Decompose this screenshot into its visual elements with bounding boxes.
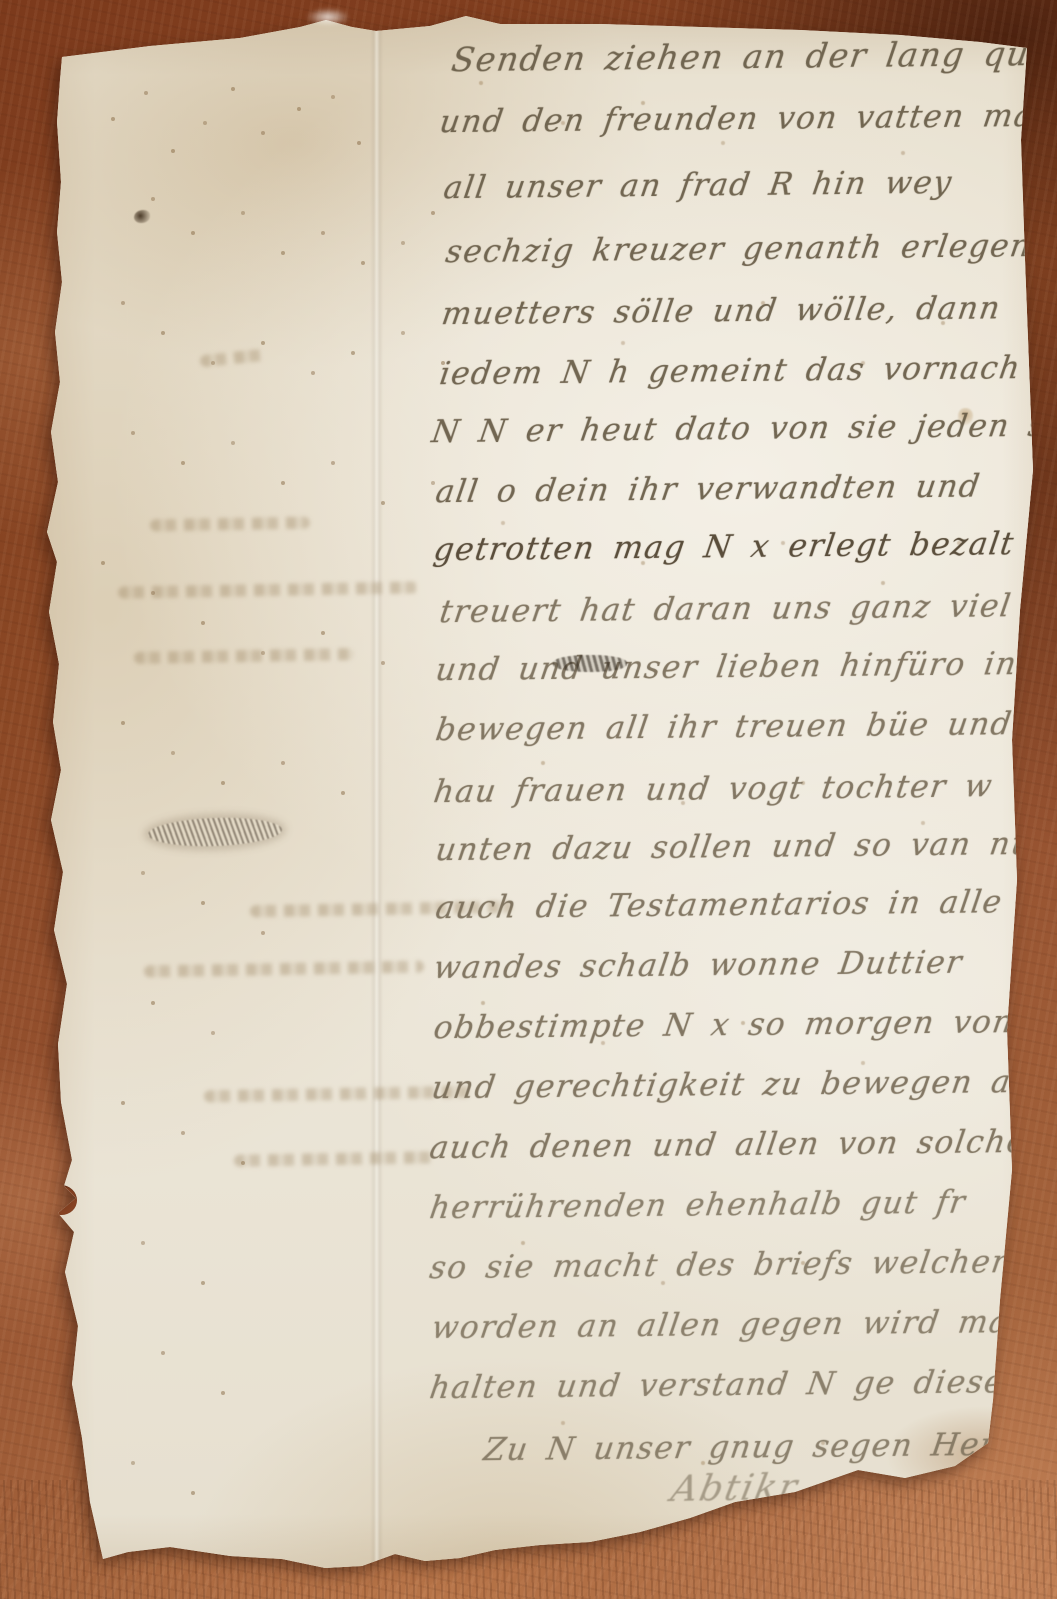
photo-of-manuscript: Senden ziehen an der lang quart bi und d… [0,0,1057,1599]
foxing-specks-left [0,0,2,2]
handwritten-line: und und unser lieben hinfüro in a [433,646,1057,688]
handwritten-line: sechzig kreuzer genanth erlegen [443,228,1034,270]
signature: Abtikr [668,1467,802,1510]
manuscript-page: Senden ziehen an der lang quart bi und d… [0,0,1057,1599]
handwritten-line: muetters sölle und wölle, dann [439,290,1003,332]
handwritten-line: halten und verstand N ge dieser [427,1364,1023,1406]
handwritten-line: herrührenden ehenhalb gut fr [427,1184,968,1226]
handwritten-line: und gerechtigkeit zu bewegen a [429,1064,1014,1106]
handwritten-line: unten dazu sollen und so van nun [433,826,1057,868]
handwritten-line: Zu N unser gnug segen Heuer 9 [481,1426,1057,1468]
handwritten-line: auch die Testamentarios in alle [433,884,1005,926]
handwritten-line: all unser an frad R hin wey [441,165,955,206]
handwritten-line: hau frauen und vogt tochter w [431,768,995,810]
worm-hole [45,1185,77,1215]
handwritten-line: so sie macht des briefs welcher [427,1244,1010,1286]
paper-sheet: Senden ziehen an der lang quart bi und d… [0,0,1057,1599]
handwritten-line: Senden ziehen an der lang quart bi [449,33,1057,79]
foxing-specks-right [0,0,2,2]
handwritten-line: iedem N h gemeint das vornach [437,350,1023,392]
handwritten-line: all o dein ihr verwandten und [433,468,983,510]
handwritten-line: wandes schalb wonne Duttier [431,944,965,986]
paper-fiber-fuzz [306,8,350,26]
handwritten-line: und den freunden von vatten mag [437,98,1057,140]
handwritten-line: N N er heut dato von sie jeden so [429,407,1057,450]
handwritten-line: auch denen und allen von solchen [427,1124,1051,1166]
handwritten-text-block: Senden ziehen an der lang quart bi und d… [0,0,1057,1599]
handwritten-line: obbestimpte N x so morgen von s [431,1004,1052,1046]
handwritten-line: treuert hat daran uns ganz viel b [437,588,1054,630]
dark-ink-word [553,655,627,672]
handwritten-line: bewegen all ihr treuen büe und [433,706,1015,748]
handwritten-line: worden an allen gegen wird mag [429,1304,1033,1346]
handwritten-line: getrotten mag N x erlegt bezalt w [431,525,1057,568]
